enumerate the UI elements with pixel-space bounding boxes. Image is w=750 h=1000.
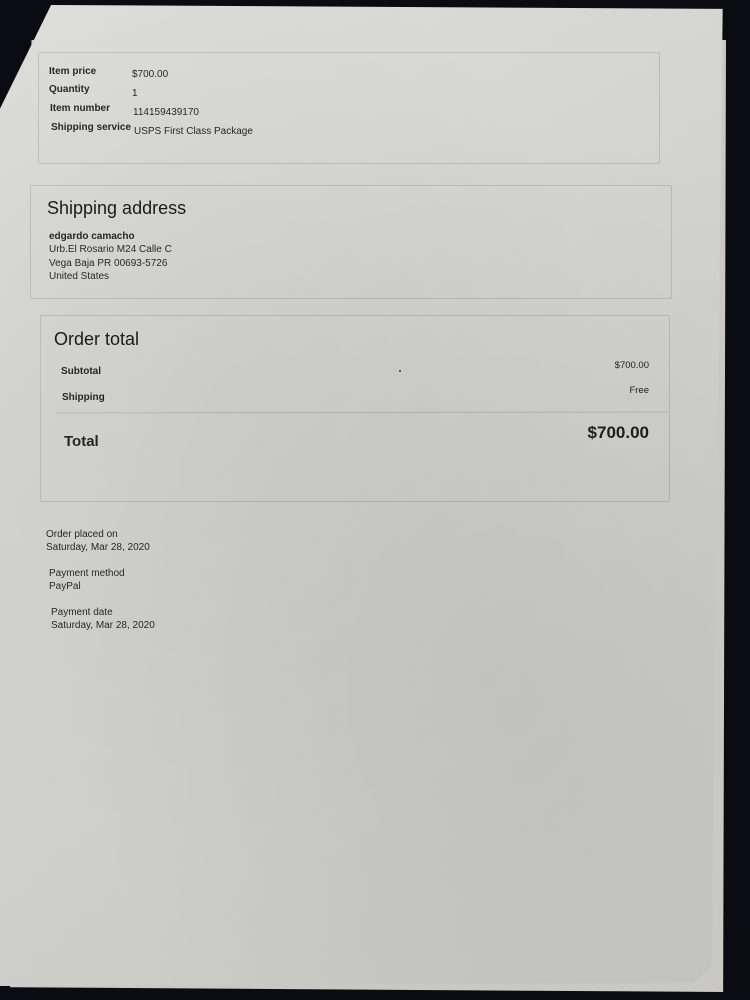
- payment-method-value: PayPal: [49, 580, 125, 593]
- order-placed-label: Order placed on: [46, 528, 150, 541]
- subtotal-label: Subtotal: [61, 366, 101, 377]
- payment-date-label: Payment date: [51, 606, 155, 619]
- order-total-heading: Order total: [54, 329, 139, 350]
- quantity-value: 1: [132, 88, 138, 99]
- shipping-service-label: Shipping service: [51, 122, 131, 133]
- subtotal-value: $700.00: [529, 360, 649, 371]
- item-price-value: $700.00: [132, 69, 168, 80]
- item-number-value: 114159439170: [133, 107, 199, 118]
- address-line-1: Urb.El Rosario M24 Calle C: [49, 243, 172, 256]
- order-placed-block: Order placed on Saturday, Mar 28, 2020: [46, 528, 150, 554]
- payment-method-label: Payment method: [49, 567, 125, 580]
- quantity-label: Quantity: [49, 84, 90, 95]
- shipping-address-heading: Shipping address: [47, 198, 186, 219]
- recipient-name: edgardo camacho: [49, 230, 172, 243]
- payment-date-value: Saturday, Mar 28, 2020: [51, 619, 155, 632]
- item-number-label: Item number: [50, 103, 110, 114]
- order-placed-value: Saturday, Mar 28, 2020: [46, 541, 150, 554]
- total-label: Total: [64, 433, 99, 450]
- total-value: $700.00: [489, 423, 649, 443]
- shipping-address-block: edgardo camacho Urb.El Rosario M24 Calle…: [49, 230, 172, 283]
- receipt-page: Item price $700.00 Quantity 1 Item numbe…: [0, 0, 730, 988]
- address-country: United States: [49, 270, 172, 283]
- payment-method-block: Payment method PayPal: [49, 567, 125, 593]
- document-photo: Item price $700.00 Quantity 1 Item numbe…: [0, 0, 750, 1000]
- address-line-2: Vega Baja PR 00693-5726: [49, 257, 172, 270]
- payment-date-block: Payment date Saturday, Mar 28, 2020: [51, 606, 155, 632]
- shipping-service-value: USPS First Class Package: [134, 126, 253, 137]
- shipping-cost-value: Free: [529, 385, 649, 396]
- item-price-label: Item price: [49, 66, 96, 77]
- shipping-cost-label: Shipping: [62, 392, 105, 403]
- paper-speck: [399, 370, 401, 372]
